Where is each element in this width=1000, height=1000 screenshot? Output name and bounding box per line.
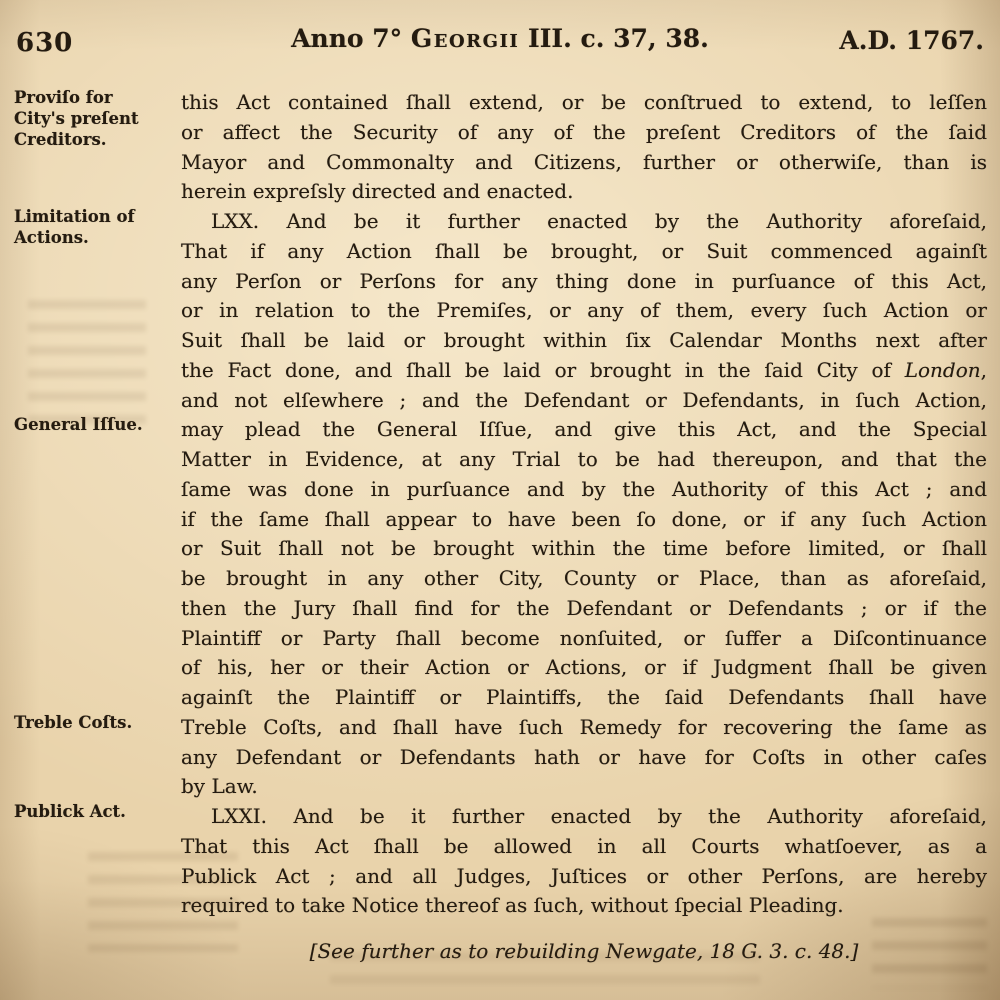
text-line: or in relation to the Premiſes, or any o… <box>181 296 987 326</box>
text-line: or Suit ſhall not be brought within the … <box>181 534 987 564</box>
text-line: herein expreſsly directed and enacted. <box>181 177 987 207</box>
text-line: and not elſewhere ; and the Defendant or… <box>181 386 987 416</box>
text-line: LXXI. And be it further enacted by the A… <box>181 802 987 832</box>
text-line: be brought in any other City, County or … <box>181 564 987 594</box>
text-line: Publick Act ; and all Judges, Juſtices o… <box>181 862 987 892</box>
margin-note: Limitation of Actions. <box>14 206 164 248</box>
margin-note: Publick Act. <box>14 801 164 822</box>
text-line: required to take Notice thereof as ſuch,… <box>181 891 987 921</box>
text-line: any Perſon or Perſons for any thing done… <box>181 267 987 297</box>
text-line: Suit ſhall be laid or brought within ſix… <box>181 326 987 356</box>
margin-note: Treble Coſts. <box>14 712 164 733</box>
text-line: of his, her or their Action or Actions, … <box>181 653 987 683</box>
margin-note: General Iſſue. <box>14 414 164 435</box>
text-line: by Law. <box>181 772 987 802</box>
text-line: That this Act ſhall be allowed in all Co… <box>181 832 987 862</box>
margin-note: Proviſo for City's preſent Creditors. <box>14 87 164 150</box>
text-line: That if any Action ſhall be brought, or … <box>181 237 987 267</box>
text-line: Mayor and Commonalty and Citizens, furth… <box>181 148 987 178</box>
text-line: then the Jury ſhall find for the Defenda… <box>181 594 987 624</box>
cross-reference-note: [See further as to rebuilding Newgate, 1… <box>181 937 987 965</box>
scanned-document-page: 630 Anno 7° Georgii III. c. 37, 38. A.D.… <box>0 0 1000 1000</box>
running-title-pre: Anno 7° <box>291 24 411 53</box>
running-title-post: III. c. 37, 38. <box>519 24 709 53</box>
page-header: 630 Anno 7° Georgii III. c. 37, 38. A.D.… <box>0 24 1000 64</box>
bleedthrough-smudge <box>28 300 146 430</box>
text-line: if the ſame ſhall appear to have been ſo… <box>181 505 987 535</box>
text-line: Treble Coſts, and ſhall have ſuch Remedy… <box>181 713 987 743</box>
text-line: Plaintiff or Party ſhall become nonſuite… <box>181 624 987 654</box>
body-text-column: this Act contained ſhall extend, or be c… <box>181 88 987 965</box>
text-line: this Act contained ſhall extend, or be c… <box>181 88 987 118</box>
text-line: Matter in Evidence, at any Trial to be h… <box>181 445 987 475</box>
text-line: any Defendant or Defendants hath or have… <box>181 743 987 773</box>
running-title-smallcaps: Georgii <box>411 24 519 53</box>
text-line: ſame was done in purſuance and by the Au… <box>181 475 987 505</box>
text-line: may plead the General Iſſue, and give th… <box>181 415 987 445</box>
text-line: LXX. And be it further enacted by the Au… <box>181 207 987 237</box>
header-date: A.D. 1767. <box>839 26 984 55</box>
text-line: the Fact done, and ſhall be laid or brou… <box>181 356 987 386</box>
text-line: againſt the Plaintiff or Plaintiffs, the… <box>181 683 987 713</box>
text-line: or affect the Security of any of the pre… <box>181 118 987 148</box>
